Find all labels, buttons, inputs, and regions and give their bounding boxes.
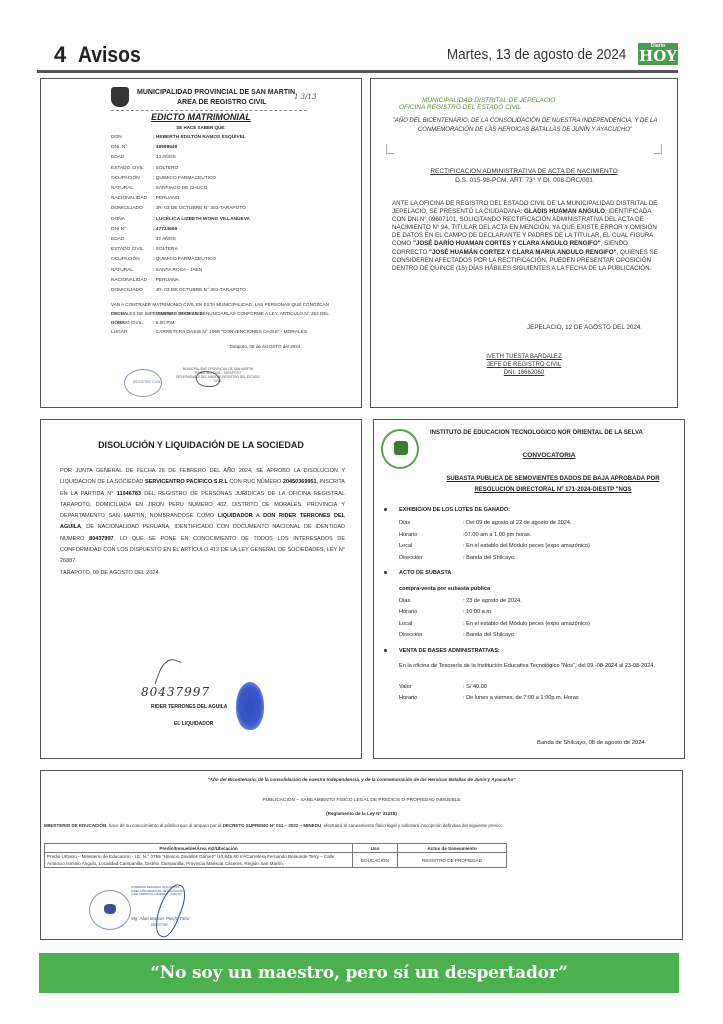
detail-value: : Del 09 de agosto al 22 de agosto de 20…: [463, 520, 572, 526]
field-row: NACIONALIDAD: PERUANO: [111, 196, 179, 201]
saneamiento-title: PUBLICACIÓN – SANEAMIENTO FÍSICO LEGAL D…: [41, 798, 682, 803]
body-text: CON RUC NÚMERO: [228, 479, 283, 485]
liquidator-name: RIDER TERRONES DEL AGUILA: [151, 704, 227, 710]
field-row: LUGAR: CARRETERA OASIS N° 1068 "CONVENCI…: [111, 330, 308, 335]
field-label: OCUPACIÓN: [111, 176, 153, 181]
field-value: : 33 AÑOS: [153, 155, 176, 160]
field-value: : SOLTERO: [153, 166, 178, 171]
field-label: DOÑA: [111, 217, 153, 222]
edicto-title: EDICTO MATRIMONIAL: [41, 112, 361, 122]
field-row: EDAD: 32 AÑOS: [111, 237, 176, 242]
rectificacion-org: MUNICIPALIDAD DISTRITAL DE JEPELACIO: [422, 97, 555, 104]
saneamiento-regulation: (Reglamento de la Ley N° 31318): [41, 811, 682, 816]
emphasis-text: GLADIS HUAMAN ANGULO: [524, 208, 605, 215]
detail-value: : Banda del Shilcayo.: [463, 555, 516, 561]
bullet-icon: [384, 508, 387, 511]
emphasis-text: 80437997: [89, 536, 113, 542]
field-value: : JR. 03 DE OCTUBRE N° 301-TARAPOTO.: [153, 206, 247, 211]
edicto-place-date: Tarapoto, 08 de AGOSTO del 2024.: [229, 344, 302, 349]
field-label: EDAD: [111, 155, 153, 160]
field-value: : CARRETERA OASIS N° 1068 "CONVENCIONES …: [153, 330, 308, 335]
signer-dni: DNI. 16662060: [371, 369, 677, 377]
emphasis-text: "JOSÉ HUAMÁN CORTEZ Y CLARA MARIA ANGULO…: [429, 249, 616, 256]
detail-label: Valor: [399, 684, 463, 690]
bullet-icon: [384, 571, 387, 574]
section-heading-text: EXHIBICION DE LOS LOTES DE GANADO:: [399, 507, 510, 513]
field-label: NACIONALIDAD: [111, 196, 153, 201]
edicto-paragraph: VAN A CONTRAER MATRIMONIO CIVIL EN ESTA …: [111, 300, 329, 327]
detail-row: Dias: 23 de agosto de 2024.: [399, 598, 522, 604]
disolucion-place-date: TARAPOTO, 09 DE AGOSTO DEL 2024.: [60, 570, 160, 576]
municipal-crest-icon: [111, 87, 129, 107]
field-row: NATURAL: SANTA ROSA - JAEN: [111, 268, 202, 273]
field-row: NATURAL: SANTIAGO DE CHUCO: [111, 186, 207, 191]
section-subheading: compra-venta por subasta publica: [399, 586, 490, 592]
field-row: DNI. N°: 48598549: [111, 145, 177, 150]
handwritten-note: 1 3/13: [294, 93, 316, 101]
field-label: LUGAR: [111, 330, 153, 335]
field-label: ESTADO CIVIL: [111, 166, 153, 171]
edicto-subtitle: SE HACE SABER QUE:: [41, 125, 361, 130]
field-value: : 32 AÑOS: [153, 237, 176, 242]
column-header: Uso: [353, 844, 398, 853]
detail-label: Horario: [399, 695, 463, 701]
detail-value: :07.00 am a 1.00 pm horas.: [463, 532, 531, 538]
section-heading: ACTO DE SUBASTA: [384, 570, 451, 576]
detail-row: Valor: S/ 40.00: [399, 684, 487, 690]
detail-label: Dirección: [399, 555, 463, 561]
detail-label: Horario: [399, 532, 463, 538]
fingerprint-icon: [236, 682, 264, 730]
section-title: Avisos: [78, 42, 141, 68]
field-row: DOMICILIADO: JR. 03 DE OCTUBRE N° 301-TA…: [111, 206, 247, 211]
field-value: : 47724659: [153, 227, 177, 232]
field-value: : 48598549: [153, 145, 177, 150]
notice-saneamiento: "Año del Bicentenario, de la consolidaci…: [40, 770, 683, 940]
field-row: OCUPACIÓN: QUIMICO FARMACEUTICO: [111, 257, 216, 262]
column-header: Actos de Saneamiento: [398, 844, 507, 853]
detail-row: Local: En el establo del Módulo peces (e…: [399, 621, 590, 627]
field-row: OCUPACIÓN: QUIMICO FARMACEUTICO: [111, 176, 216, 181]
corner-mark: [654, 144, 662, 154]
section-heading: EXHIBICION DE LOS LOTES DE GANADO:: [384, 507, 510, 513]
field-label: NATURAL: [111, 186, 153, 191]
body-text: , hace de su conocimiento al público que…: [106, 823, 222, 828]
detail-row: Dirección: Banda del Shilcayo.: [399, 555, 516, 561]
liquidator-role: EL LIQUIDADOR: [174, 721, 213, 727]
saneamiento-body: MINISTERIO DE EDUCACIÓN, hace de su cono…: [44, 821, 514, 830]
disolucion-title: DISOLUCIÓN Y LIQUIDACIÓN DE LA SOCIEDAD: [41, 440, 361, 450]
detail-row: Horario:07.00 am a 1.00 pm horas.: [399, 532, 531, 538]
field-value: : SOLTERA: [153, 247, 178, 252]
handwritten-dni: 80437997: [141, 685, 210, 699]
detail-row: Local: En el establo del Módulo peces (e…: [399, 543, 590, 549]
field-row: DOÑA: LUCÉLICA LIZBETH WONG VILLANUEVA: [111, 217, 250, 222]
column-header: Predio/Inmueble/Área m2/Ubicación: [45, 844, 353, 853]
emphasis-text: 11046783: [117, 491, 141, 497]
notice-convocatoria: INSTITUTO DE EDUCACION TECNOLOGICO NOR O…: [373, 419, 685, 759]
rectificacion-signature-block: IVETH TUESTA BARDALEZ JEFE DE REGISTRO C…: [371, 353, 677, 378]
emphasis-text: "JOSÉ DARÍO HUAMAN CORTES Y CLARA ANGULO…: [413, 240, 601, 247]
detail-value: : Banda del Shilcayo.: [463, 632, 516, 638]
detail-label: Local: [399, 621, 463, 627]
edicto-area: AREA DE REGISTRO CIVIL: [177, 99, 267, 106]
signer-role: JEFE DE REGISTRO CIVIL: [371, 361, 677, 369]
notice-disolucion: DISOLUCIÓN Y LIQUIDACIÓN DE LA SOCIEDAD …: [40, 419, 362, 759]
rectificacion-body: ANTE LA OFICINA DE REGISTRO DEL ESTADO C…: [392, 200, 662, 273]
field-value: : SANTA ROSA - JAEN: [153, 268, 202, 273]
emphasis-text: 20450369951: [283, 479, 317, 485]
seal-text: REGISTRO CIVIL: [133, 380, 161, 384]
field-row: DOMICILIADO: JR. 03 DE OCTUBRE N° 301-TA…: [111, 288, 247, 293]
detail-label: Dias: [399, 598, 463, 604]
newspaper-logo: Diario HOY: [638, 43, 678, 65]
field-value: : LUCÉLICA LIZBETH WONG VILLANUEVA: [153, 217, 250, 222]
detail-label: Horario: [399, 609, 463, 615]
field-row: DON: HEBERTH EDILTON RAMOS ESQUIVEL: [111, 135, 246, 140]
table-header-row: Predio/Inmueble/Área m2/UbicaciónUsoActo…: [45, 844, 507, 853]
registry-seal-icon: REGISTRO CIVIL: [124, 369, 162, 397]
body-text: A: [253, 513, 263, 519]
detail-value: : 10:00 a.m.: [463, 609, 493, 615]
ministry-seal-icon: [89, 890, 131, 930]
field-value: : JR. 03 DE OCTUBRE N° 301-TARAPOTO.: [153, 288, 247, 293]
edicto-org: MUNICIPALIDAD PROVINCIAL DE SAN MARTIN: [137, 89, 295, 96]
property-table: Predio/Inmueble/Área m2/UbicaciónUsoActo…: [44, 843, 507, 868]
director-role: DIRECTOR: [151, 923, 168, 927]
field-value: : SANTIAGO DE CHUCO: [153, 186, 207, 191]
header-divider: [37, 70, 678, 73]
emphasis-text: MINISTERIO DE EDUCACIÓN: [44, 823, 106, 828]
field-value: : PERUANO: [153, 196, 179, 201]
quote-text: “No soy un maestro, pero sí un despertad…: [150, 963, 568, 983]
emphasis-text: DECRETO SUPREMO N° 011 – 2022 – MINEDU: [223, 823, 322, 828]
field-label: DNI. N°: [111, 145, 153, 150]
page-header: 4 Avisos Martes, 13 de agosto de 2024 Di…: [40, 40, 678, 68]
bullet-icon: [384, 649, 387, 652]
year-motto: "Año del Bicentenario, de la consolidaci…: [41, 777, 682, 782]
table-cell: REGISTRO DE PROPIEDAD: [398, 853, 507, 868]
field-label: DON: [111, 135, 153, 140]
year-motto: "AÑO DEL BICENTENARIO, DE LA CONSOLIDACI…: [391, 117, 659, 134]
disolucion-body: POR JUNTA GENERAL DE FECHA 26 DE FEBRERO…: [60, 466, 345, 579]
field-label: ESTADO CIVIL: [111, 247, 153, 252]
detail-label: Local: [399, 543, 463, 549]
field-value: : QUIMICO FARMACEUTICO: [153, 176, 216, 181]
detail-value: : En el establo del Módulo peces (expo a…: [463, 621, 590, 627]
detail-row: Horario: De lunes a viernes, de 7:00 a 1…: [399, 695, 579, 701]
field-row: ESTADO CIVIL: SOLTERO: [111, 166, 178, 171]
detail-value: : En el establo del Módulo peces (expo a…: [463, 543, 590, 549]
notice-edicto-matrimonial: MUNICIPALIDAD PROVINCIAL DE SAN MARTIN A…: [40, 78, 362, 408]
field-value: : HEBERTH EDILTON RAMOS ESQUIVEL: [153, 135, 246, 140]
page-number: 4: [54, 42, 66, 68]
field-label: OCUPACIÓN: [111, 257, 153, 262]
convocatoria-title: CONVOCATORIA: [374, 452, 684, 459]
field-label: EDAD: [111, 237, 153, 242]
field-label: NACIONALIDAD: [111, 278, 153, 283]
emphasis-text: SERVICENTRO PACIFICO S.R.L: [145, 479, 228, 485]
field-label: DNI N°: [111, 227, 153, 232]
field-row: DNI N°: 47724659: [111, 227, 177, 232]
convocatoria-place-date: Banda de Shilcayo, 08 de agosto de 2024: [537, 740, 645, 746]
notice-rectificacion: MUNICIPALIDAD DISTRITAL DE JEPELACIO OFI…: [370, 78, 678, 408]
logo-main-text: HOY: [638, 49, 678, 64]
section-heading-text: ACTO DE SUBASTA: [399, 570, 451, 576]
section-heading-text: VENTA DE BASES ADMINISTRATIVAS:: [399, 648, 500, 654]
signer-name: IVETH TUESTA BARDALEZ: [371, 353, 677, 361]
field-label: NATURAL: [111, 268, 153, 273]
emphasis-text: LIQUIDADOR: [218, 513, 253, 519]
rectificacion-legal-ref: D.S. 015-98-PCM. ART. 73° Y DI. 008-DRC/…: [371, 177, 677, 184]
rectificacion-title: RECTIFICACION ADMINISTRATIVA DE ACTA DE …: [371, 168, 677, 175]
detail-label: Dias: [399, 520, 463, 526]
table-cell: EDUCACIÓN: [353, 853, 398, 868]
table-row: Predio Urbano – Ministerio de Educación …: [45, 853, 507, 868]
publication-date: Martes, 13 de agosto de 2024: [447, 46, 626, 63]
field-value: : QUIMICO FARMACEUTICO: [153, 257, 216, 262]
rectificacion-office: OFICINA REGISTRO DEL ESTADO CIVIL: [399, 104, 521, 111]
dashed-divider: [111, 110, 307, 111]
field-value: : PERUANA: [153, 278, 179, 283]
convocatoria-subtitle: SUBASTA PUBLICA DE SEMOVIENTES DADOS DE …: [430, 474, 676, 496]
official-stamp: GOBIERNO REGIONAL SAN MARTINDIRECCIÓN RE…: [131, 886, 196, 897]
institute-logo-icon: [381, 429, 419, 469]
detail-row: Dias: Del 09 de agosto al 22 de agosto d…: [399, 520, 572, 526]
signature-icon: [196, 371, 220, 387]
institute-name: INSTITUTO DE EDUCACION TECNOLOGICO NOR O…: [430, 430, 643, 436]
field-row: NACIONALIDAD: PERUANA: [111, 278, 179, 283]
body-text: , efectuará el saneamiento físico legal …: [321, 823, 502, 828]
field-row: EDAD: 33 AÑOS: [111, 155, 176, 160]
detail-value: : 23 de agosto de 2024.: [463, 598, 522, 604]
detail-value: : De lunes a viernes, de 7:00 a 1:00p.m.…: [463, 695, 579, 701]
field-row: ESTADO CIVIL: SOLTERA: [111, 247, 178, 252]
field-label: DOMICILIADO: [111, 288, 153, 293]
section-heading: VENTA DE BASES ADMINISTRATIVAS:: [384, 648, 500, 654]
table-cell: Predio Urbano – Ministerio de Educación …: [45, 853, 353, 868]
section-text: En la oficina de Tesorería de la Institu…: [399, 661, 679, 673]
detail-label: Dirección: [399, 632, 463, 638]
quote-banner: “No soy un maestro, pero sí un despertad…: [39, 953, 679, 993]
detail-value: : S/ 40.00: [463, 684, 487, 690]
detail-row: Horario: 10:00 a.m.: [399, 609, 493, 615]
corner-mark: [386, 144, 394, 154]
director-name: Mg. Alan Marcos Pinchi Tafur: [131, 916, 189, 921]
rectificacion-place-date: JEPELACIO, 12 DE AGOSTO DEL 2024.: [527, 324, 642, 331]
field-label: DOMICILIADO: [111, 206, 153, 211]
detail-row: Dirección: Banda del Shilcayo.: [399, 632, 516, 638]
